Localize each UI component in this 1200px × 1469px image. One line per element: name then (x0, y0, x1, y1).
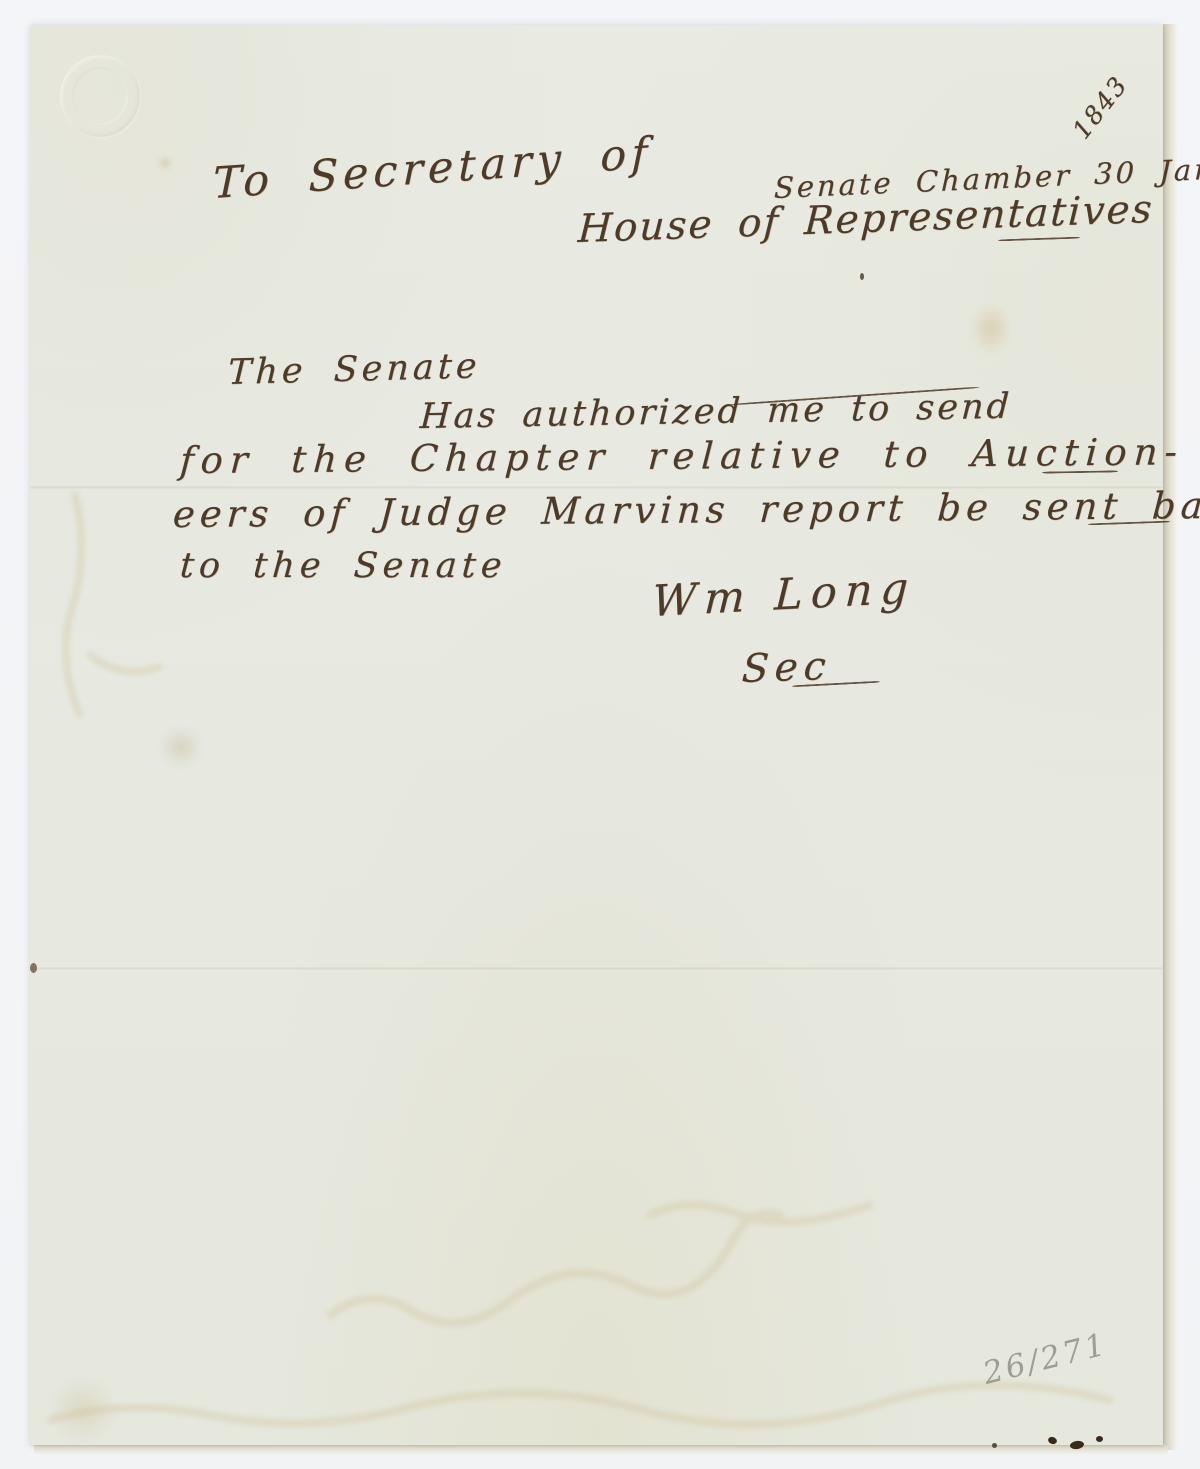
paper-stain (158, 157, 172, 169)
pen-flourish (998, 237, 1080, 242)
body-line-3: for the Chapter relative to Auction- (179, 430, 1186, 482)
addressee-line-1: To Secretary of (213, 128, 653, 209)
fold-crease-lower (30, 966, 1163, 971)
ink-speck (1096, 1436, 1103, 1442)
ink-speck (860, 273, 864, 280)
addressee-line-2: House of Representatives (577, 187, 1155, 252)
body-line-4: eers of Judge Marvins report be sent bac… (172, 483, 1200, 536)
ink-speck (1047, 1436, 1058, 1446)
dateline-year: 1843 (1067, 70, 1134, 144)
embossed-seal (60, 55, 140, 137)
ink-speck (30, 963, 37, 973)
scan-background: 1843 Senate Chamber 30 Jan To Secretary … (0, 0, 1200, 1469)
body-line-1: The Senate (227, 346, 481, 393)
paper-stain (158, 725, 204, 769)
signature-name: Wm Long (651, 563, 918, 627)
body-line-5: to the Senate (179, 546, 508, 586)
archival-page-number: 26/271 (980, 1326, 1112, 1392)
letter-page: 1843 Senate Chamber 30 Jan To Secretary … (30, 25, 1163, 1445)
body-line-2: Has authorized me to send (419, 387, 1013, 437)
ink-speck (992, 1443, 997, 1448)
paper-stain (970, 303, 1012, 355)
page-edge-bottom (34, 1444, 1168, 1455)
paper-stain (48, 1375, 118, 1445)
page-edge-right (1163, 24, 1178, 1450)
